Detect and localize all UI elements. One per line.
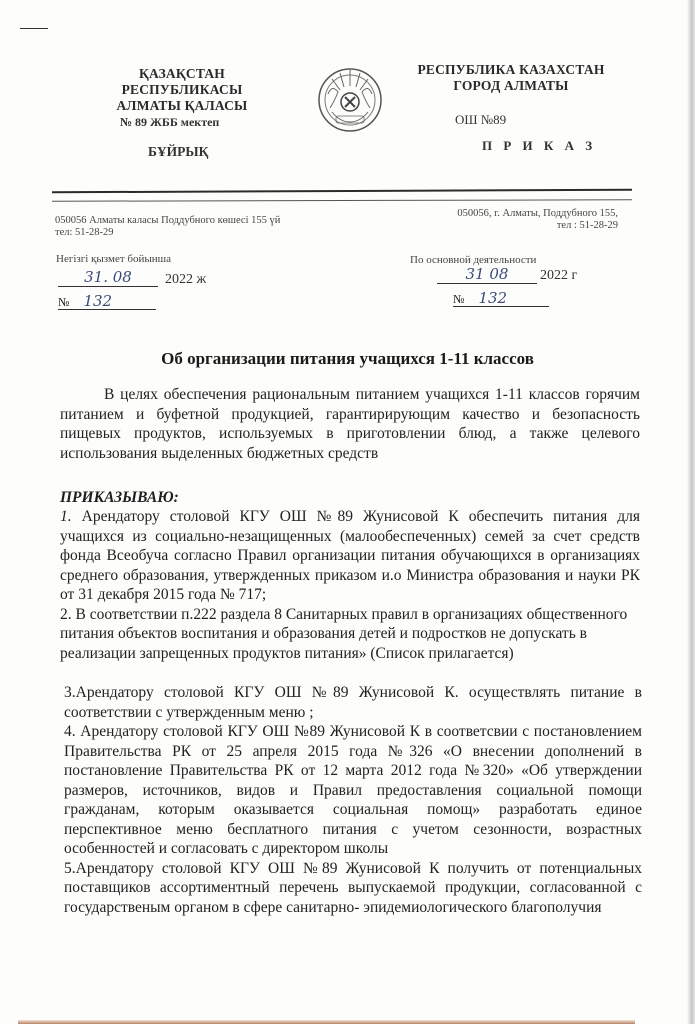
basis-label-kz: Негізгі қызмет бойынша (56, 253, 171, 265)
country-kz: ҚАЗАҚСТАН РЕСПУБЛИКАСЫ (82, 66, 282, 98)
address-ru: 050056, г. Алматы, Поддубного 155, тел :… (420, 208, 618, 232)
city-ru: ГОРОД АЛМАТЫ (416, 78, 606, 94)
document-page: ҚАЗАҚСТАН РЕСПУБЛИКАСЫ АЛМАТЫ ҚАЛАСЫ № 8… (0, 0, 695, 1024)
handwritten-number-ru: 132 (478, 289, 507, 307)
handwritten-number-kz: 132 (83, 292, 112, 310)
school-name-ru: ОШ №89 (455, 112, 506, 128)
order-item-text: В соответствии п.222 раздела 8 Санитарны… (60, 606, 627, 662)
handwritten-date-kz: 31. 08 (84, 268, 132, 286)
city-kz: АЛМАТЫ ҚАЛАСЫ (82, 98, 282, 114)
header-left-kz: ҚАЗАҚСТАН РЕСПУБЛИКАСЫ АЛМАТЫ ҚАЛАСЫ (82, 66, 282, 114)
order-item-text: Арендатору столовой КГУ ОШ №89 Жунисовой… (64, 723, 642, 857)
number-prefix-ru: № (453, 292, 464, 306)
order-item-3: 3.Арендатору столовой КГУ ОШ №89 Жунисов… (64, 683, 642, 722)
order-item-text: Арендатору столовой КГУ ОШ №89 Жунисовой… (64, 860, 642, 916)
order-item-number: 5. (64, 860, 76, 877)
order-items-group-2: 3.Арендатору столовой КГУ ОШ №89 Жунисов… (64, 683, 642, 917)
header-right-ru: РЕСПУБЛИКА КАЗАХСТАН ГОРОД АЛМАТЫ (416, 62, 606, 94)
document-title: Об организации питания учащихся 1-11 кла… (0, 349, 695, 369)
state-emblem-icon (316, 64, 384, 136)
order-item-number: 2. (60, 606, 72, 623)
date-field-ru: 31 08 (437, 265, 537, 284)
order-item-number: 4. (64, 723, 76, 740)
page-bottom-edge (18, 1020, 635, 1024)
order-item-number: 1. (60, 508, 72, 525)
header-rule-thick (52, 189, 632, 194)
number-prefix-kz: № (58, 295, 69, 309)
page-edge-shadow (687, 0, 695, 1024)
address-kz-phone: тел: 51-28-29 (55, 227, 280, 239)
number-field-kz: №132 (58, 292, 156, 310)
order-item-number: 3. (64, 684, 76, 701)
orders-heading: ПРИКАЗЫВАЮ: (60, 489, 179, 507)
order-item-4: 4. Арендатору столовой КГУ ОШ №89 Жунисо… (64, 722, 642, 859)
order-item-text: Арендатору столовой КГУ ОШ №89 Жунисовой… (64, 684, 642, 721)
intro-paragraph: В целях обеспечения рациональным питание… (60, 385, 640, 463)
school-name-kz: № 89 ЖББ мектеп (120, 115, 219, 130)
year-kz: 2022 ж (165, 272, 206, 288)
order-item-1: 1. Арендатору столовой КГУ ОШ №89 Жунисо… (60, 507, 640, 605)
number-field-ru: №132 (453, 289, 549, 307)
order-word-ru: П Р И К А З (482, 138, 596, 154)
handwritten-date-ru: 31 08 (466, 265, 509, 283)
address-kz-street: 050056 Алматы каласы Поддубного көшесі 1… (55, 215, 280, 227)
header-rule-thin (52, 199, 632, 202)
order-word-kz: БҰЙРЫҚ (148, 144, 208, 160)
order-item-text: Арендатору столовой КГУ ОШ №89 Жунисовой… (60, 508, 640, 603)
address-ru-street: 050056, г. Алматы, Поддубного 155, (420, 208, 618, 220)
address-ru-phone: тел : 51-28-29 (420, 220, 618, 232)
order-items-group-1: 1. Арендатору столовой КГУ ОШ №89 Жунисо… (60, 507, 640, 663)
corner-mark (20, 28, 48, 29)
date-field-kz: 31. 08 (58, 268, 158, 287)
order-item-2: 2. В соответствии п.222 раздела 8 Санита… (60, 605, 640, 664)
country-ru: РЕСПУБЛИКА КАЗАХСТАН (416, 62, 606, 78)
address-kz: 050056 Алматы каласы Поддубного көшесі 1… (55, 215, 280, 239)
order-item-5: 5.Арендатору столовой КГУ ОШ №89 Жунисов… (64, 859, 642, 918)
year-ru: 2022 г (540, 268, 577, 284)
